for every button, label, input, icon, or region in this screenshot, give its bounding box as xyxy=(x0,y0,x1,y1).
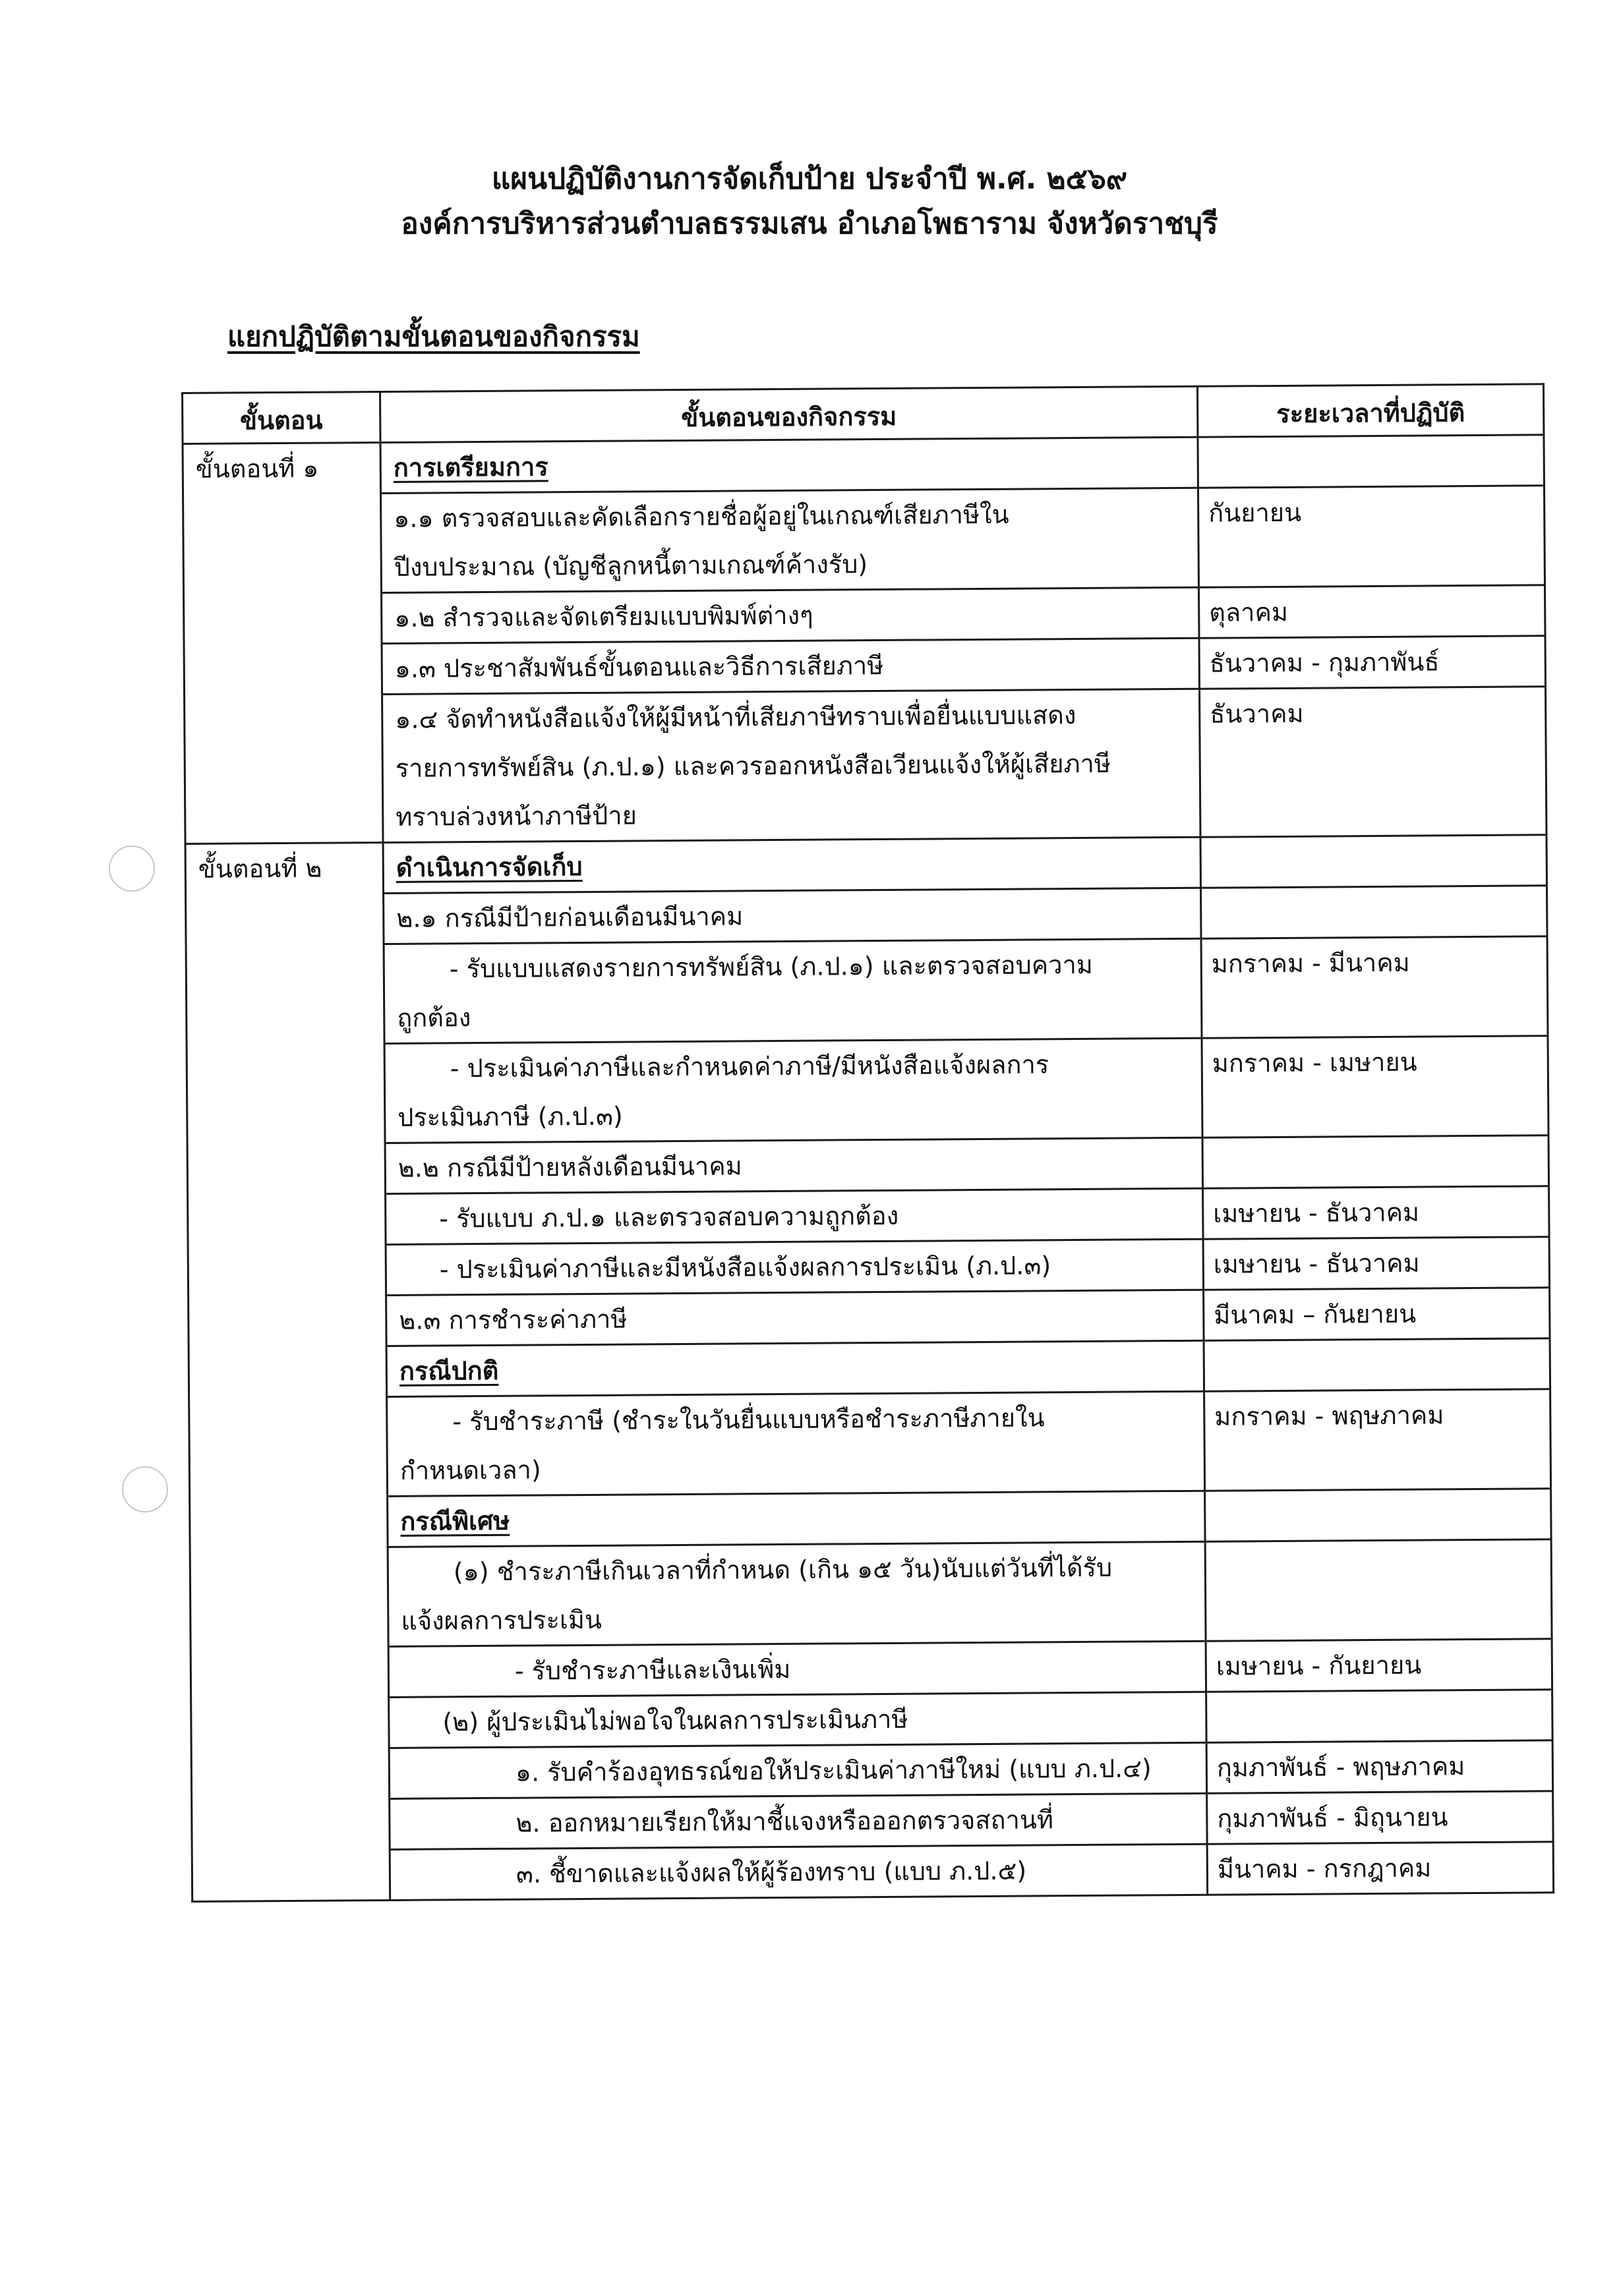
table-row: ๑.๒ สำรวจและจัดเตรียมแบบพิมพ์ต่างๆ ตุลาค… xyxy=(184,585,1545,645)
binder-hole xyxy=(122,1466,168,1512)
table-row: (๑) ชำระภาษีเกินเวลาที่กำหนด (เกิน ๑๕ วั… xyxy=(190,1539,1552,1648)
activity-line: ๑.๑ ตรวจสอบและคัดเลือกรายชื่อผู้อยู่ในเก… xyxy=(394,489,1185,543)
table-row: ขั้นตอนที่ ๑ การเตรียมการ xyxy=(183,435,1544,495)
period-cell: กุมภาพันธ์ - มิถุนายน xyxy=(1207,1791,1553,1844)
activity-line: - รับชำระภาษี (ชำระในวันยื่นแบบหรือชำระภ… xyxy=(399,1392,1191,1447)
activity-line: กำหนดเวลา) xyxy=(400,1441,1192,1495)
period-cell: ตุลาคม xyxy=(1198,585,1545,638)
table-row: - ประเมินค่าภาษีและกำหนดค่าภาษี/มีหนังสื… xyxy=(187,1036,1548,1145)
document-title: แผนปฏิบัติงานการจัดเก็บป้าย ประจำปี พ.ศ.… xyxy=(0,165,1619,194)
document-organization: องค์การบริหารส่วนตำบลธรรมเสน อำเภอโพธารา… xyxy=(0,210,1619,239)
activity-cell: ๒. ออกหมายเรียกให้มาชี้แจงหรือออกตรวจสถา… xyxy=(390,1793,1207,1849)
table-row: (๒) ผู้ประเมินไม่พอใจในผลการประเมินภาษี xyxy=(191,1690,1552,1750)
table-row: ขั้นตอนที่ ๒ ดำเนินการจัดเก็บ xyxy=(185,835,1546,895)
activity-cell: - รับชำระภาษีและเงินเพิ่ม xyxy=(388,1641,1206,1697)
activity-cell: - รับชำระภาษี (ชำระในวันยื่นแบบหรือชำระภ… xyxy=(387,1391,1205,1496)
activity-cell: ๑. รับคำร้องอุทธรณ์ขอให้ประเมินค่าภาษีให… xyxy=(389,1742,1206,1798)
period-cell xyxy=(1200,835,1546,888)
activity-cell: ๑.๑ ตรวจสอบและคัดเลือกรายชื่อผู้อยู่ในเก… xyxy=(381,488,1199,592)
activity-line: ๑.๔ จัดทำหนังสือแจ้งให้ผู้มีหน้าที่เสียภ… xyxy=(395,690,1187,744)
activity-cell: - รับแบบแสดงรายการทรัพย์สิน (ภ.ป.๑) และต… xyxy=(384,938,1202,1043)
activity-cell: กรณีพิเศษ xyxy=(388,1491,1205,1547)
table-row: - ประเมินค่าภาษีและมีหนังสือแจ้งผลการประ… xyxy=(188,1237,1549,1297)
table-row: ๑.๑ ตรวจสอบและคัดเลือกรายชื่อผู้อยู่ในเก… xyxy=(183,486,1545,594)
period-cell: มกราคม - มีนาคม xyxy=(1201,936,1548,1038)
section-heading: กรณีพิเศษ xyxy=(400,1507,510,1536)
section-heading: การเตรียมการ xyxy=(394,452,548,482)
period-cell xyxy=(1206,1690,1552,1742)
section-heading: ดำเนินการจัดเก็บ xyxy=(396,852,583,882)
header-period: ระยะเวลาที่ปฏิบัติ xyxy=(1197,384,1543,437)
table-row: กรณีปกติ xyxy=(189,1338,1550,1398)
table-row: ๒. ออกหมายเรียกให้มาชี้แจงหรือออกตรวจสถา… xyxy=(192,1791,1553,1851)
period-cell: มกราคม - พฤษภาคม xyxy=(1204,1389,1551,1491)
activity-cell: - ประเมินค่าภาษีและมีหนังสือแจ้งผลการประ… xyxy=(386,1239,1203,1295)
section-subtitle: แยกปฏิบัติตามขั้นตอนของกิจกรรม xyxy=(227,315,640,359)
period-cell: กุมภาพันธ์ - พฤษภาคม xyxy=(1206,1740,1552,1793)
table-header-row: ขั้นตอน ขั้นตอนของกิจกรรม ระยะเวลาที่ปฏิ… xyxy=(183,384,1544,444)
period-cell: ธันวาคม xyxy=(1200,687,1546,837)
activity-line: รายการทรัพย์สิน (ภ.ป.๑) และควรออกหนังสือ… xyxy=(396,739,1187,793)
header-activity: ขั้นตอนของกิจกรรม xyxy=(380,386,1198,442)
activity-cell: (๒) ผู้ประเมินไม่พอใจในผลการประเมินภาษี xyxy=(389,1692,1206,1748)
activity-cell: ๒.๒ กรณีมีป้ายหลังเดือนมีนาคม xyxy=(385,1137,1202,1193)
activity-cell: ๑.๒ สำรวจและจัดเตรียมแบบพิมพ์ต่างๆ xyxy=(382,587,1199,643)
header-step: ขั้นตอน xyxy=(183,392,381,444)
table-row: ๑.๓ ประชาสัมพันธ์ขั้นตอนและวิธีการเสียภา… xyxy=(184,636,1545,696)
table-row: ๑. รับคำร้องอุทธรณ์ขอให้ประเมินค่าภาษีให… xyxy=(191,1740,1552,1800)
table-row: - รับแบบ ภ.ป.๑ และตรวจสอบความถูกต้อง เมษ… xyxy=(188,1186,1549,1246)
period-cell xyxy=(1205,1489,1551,1541)
table-row: ๓. ชี้ขาดและแจ้งผลให้ผู้ร้องทราบ (แบบ ภ.… xyxy=(192,1842,1553,1902)
activity-cell: ๒.๓ การชำระค่าภาษี xyxy=(386,1290,1204,1346)
period-cell: เมษายน - กันยายน xyxy=(1206,1639,1552,1692)
activity-line: ปีงบประมาณ (บัญชีลูกหนี้ตามเกณฑ์ค้างรับ) xyxy=(394,538,1186,592)
activity-cell: ๑.๔ จัดทำหนังสือแจ้งให้ผู้มีหน้าที่เสียภ… xyxy=(382,689,1200,842)
step-label: ขั้นตอนที่ ๑ xyxy=(183,442,383,844)
table-row: - รับชำระภาษีและเงินเพิ่ม เมษายน - กันยา… xyxy=(191,1639,1552,1699)
period-cell: ธันวาคม - กุมภาพันธ์ xyxy=(1199,636,1545,689)
activity-cell: ๑.๓ ประชาสัมพันธ์ขั้นตอนและวิธีการเสียภา… xyxy=(382,638,1199,694)
period-cell xyxy=(1202,1135,1548,1188)
activity-line: - รับแบบแสดงรายการทรัพย์สิน (ภ.ป.๑) และต… xyxy=(397,940,1189,994)
period-cell: กันยายน xyxy=(1198,486,1545,587)
activity-plan-table: ขั้นตอน ขั้นตอนของกิจกรรม ระยะเวลาที่ปฏิ… xyxy=(181,383,1554,1903)
period-cell xyxy=(1198,435,1544,488)
table-row: ๒.๒ กรณีมีป้ายหลังเดือนมีนาคม xyxy=(187,1135,1548,1195)
step-label: ขั้นตอนที่ ๒ xyxy=(185,842,390,1901)
table-row: - รับชำระภาษี (ชำระในวันยื่นแบบหรือชำระภ… xyxy=(189,1389,1551,1498)
activity-line: (๑) ชำระภาษีเกินเวลาที่กำหนด (เกิน ๑๕ วั… xyxy=(401,1543,1192,1597)
table-row: - รับแบบแสดงรายการทรัพย์สิน (ภ.ป.๑) และต… xyxy=(186,936,1548,1045)
table-row: กรณีพิเศษ xyxy=(190,1489,1551,1549)
activity-cell: ดำเนินการจัดเก็บ xyxy=(383,837,1200,893)
activity-cell: ๓. ชี้ขาดและแจ้งผลให้ผู้ร้องทราบ (แบบ ภ.… xyxy=(390,1844,1207,1900)
activity-line: ประเมินภาษี (ภ.ป.๓) xyxy=(397,1088,1189,1142)
table-row: ๒.๓ การชำระค่าภาษี มีนาคม – กันยายน xyxy=(189,1288,1550,1348)
activity-line: ถูกต้อง xyxy=(397,989,1189,1043)
period-cell xyxy=(1201,886,1547,938)
table-row: ๑.๔ จัดทำหนังสือแจ้งให้ผู้มีหน้าที่เสียภ… xyxy=(185,687,1546,844)
activity-line: - ประเมินค่าภาษีและกำหนดค่าภาษี/มีหนังสื… xyxy=(397,1039,1189,1093)
binder-hole xyxy=(109,846,155,892)
table-row: ๒.๑ กรณีมีป้ายก่อนเดือนมีนาคม xyxy=(186,886,1547,946)
activity-cell: กรณีปกติ xyxy=(386,1340,1204,1396)
section-heading: กรณีปกติ xyxy=(399,1356,499,1386)
activity-cell: (๑) ชำระภาษีเกินเวลาที่กำหนด (เกิน ๑๕ วั… xyxy=(388,1541,1206,1646)
period-cell: มีนาคม – กันยายน xyxy=(1204,1288,1550,1340)
activity-cell: การเตรียมการ xyxy=(380,437,1198,493)
period-cell: เมษายน - ธันวาคม xyxy=(1203,1186,1549,1239)
period-cell: มกราคม - เมษายน xyxy=(1202,1036,1548,1137)
activity-cell: - ประเมินค่าภาษีและกำหนดค่าภาษี/มีหนังสื… xyxy=(384,1038,1202,1143)
period-cell: มีนาคม - กรกฎาคม xyxy=(1207,1842,1553,1895)
activity-cell: - รับแบบ ภ.ป.๑ และตรวจสอบความถูกต้อง xyxy=(386,1188,1203,1244)
period-cell: เมษายน - ธันวาคม xyxy=(1203,1237,1549,1290)
activity-line: แจ้งผลการประเมิน xyxy=(401,1592,1192,1646)
period-cell xyxy=(1204,1338,1550,1391)
period-cell xyxy=(1205,1539,1552,1641)
activity-cell: ๒.๑ กรณีมีป้ายก่อนเดือนมีนาคม xyxy=(384,888,1201,944)
activity-line: ทราบล่วงหน้าภาษีป้าย xyxy=(396,788,1187,842)
